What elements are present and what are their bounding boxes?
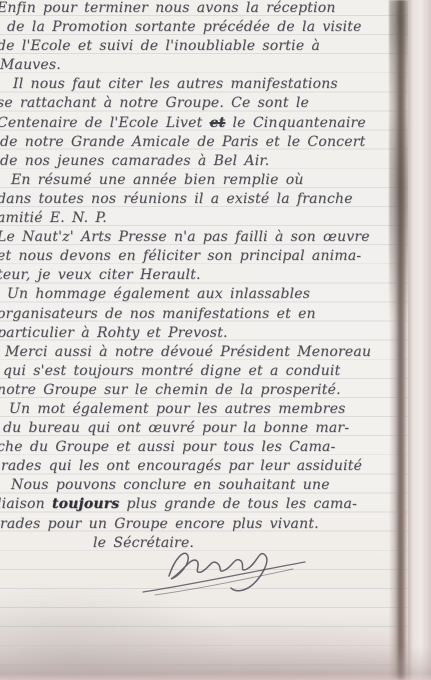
manuscript-line: de l'Ecole et suivi de l'inoubliable sor…: [0, 37, 407, 56]
manuscript-line: particulier à Rohty et Prevost.: [0, 324, 407, 343]
manuscript-segment: le Cinquantenaire: [225, 115, 366, 131]
manuscript-line: et nous devons en féliciter son principa…: [0, 247, 407, 266]
manuscript-segment: En résumé une année bien remplie où: [11, 172, 304, 188]
manuscript-segment: che du Groupe et aussi pour tous les Cam…: [0, 439, 336, 455]
manuscript-line: Le Naut'z' Arts Presse n'a pas failli à …: [0, 228, 407, 247]
manuscript-segment: Mauves.: [0, 57, 61, 73]
manuscript-segment: du bureau qui ont œuvré pour la bonne ma…: [3, 420, 349, 436]
manuscript-segment: Le Naut'z' Arts Presse n'a pas failli à …: [0, 229, 370, 245]
manuscript-segment: Il nous faut citer les autres manifestat…: [13, 76, 338, 92]
scanned-manuscript-page: Enfin pour terminer nous avons la récept…: [0, 0, 431, 680]
manuscript-segment: Nous pouvons conclure en souhaitant une: [11, 477, 330, 493]
manuscript-segment: plus grande de tous les cama-: [119, 496, 357, 512]
adjacent-page-edge: [408, 0, 431, 680]
manuscript-line: organisateurs de nos manifestations et e…: [0, 305, 407, 324]
manuscript-line: notre Groupe sur le chemin de la prosper…: [0, 381, 407, 400]
manuscript-line: du bureau qui ont œuvré pour la bonne ma…: [0, 419, 407, 438]
manuscript-segment: Merci aussi à notre dévoué Président Men…: [5, 344, 371, 360]
manuscript-segment: liaison: [0, 496, 52, 512]
manuscript-segment: organisateurs de nos manifestations et e…: [0, 306, 316, 322]
manuscript-line: En résumé une année bien remplie où: [0, 171, 407, 190]
manuscript-line: Un mot également pour les autres membres: [0, 400, 407, 419]
scan-bottom-shadow: [0, 646, 431, 680]
manuscript-line: Un hommage également aux inlassables: [0, 285, 407, 304]
manuscript-line: de notre Grande Amicale de Paris et le C…: [0, 133, 407, 152]
manuscript-segment: notre Groupe sur le chemin de la prosper…: [0, 382, 341, 398]
manuscript-line: qui s'est toujours montré digne et a con…: [0, 362, 407, 381]
manuscript-segment: Un hommage également aux inlassables: [7, 286, 310, 302]
manuscript-segment: Un mot également pour les autres membres: [9, 401, 346, 417]
manuscript-segment: se rattachant à notre Groupe. Ce sont le: [0, 95, 309, 111]
manuscript-segment: et: [210, 115, 226, 131]
manuscript-segment: teur, je veux citer Herault.: [0, 267, 201, 283]
manuscript-line: se rattachant à notre Groupe. Ce sont le: [0, 94, 407, 113]
manuscript-line: liaison toujours plus grande de tous les…: [0, 495, 407, 514]
signature-scribble: [135, 540, 315, 598]
manuscript-segment: dans toutes nos réunions il a existé la …: [0, 191, 353, 207]
manuscript-segment: Centenaire de l'Ecole Livet: [0, 115, 210, 131]
manuscript-segment: de notre Grande Amicale de Paris et le C…: [0, 134, 365, 150]
page-gutter-shadow: [389, 0, 410, 680]
manuscript-segment: qui s'est toujours montré digne et a con…: [3, 363, 340, 379]
manuscript-line: Mauves.: [0, 56, 407, 75]
manuscript-line: Centenaire de l'Ecole Livet et le Cinqua…: [0, 114, 407, 133]
manuscript-segment: particulier à Rohty et Prevost.: [0, 325, 228, 341]
manuscript-segment: et nous devons en féliciter son principa…: [0, 248, 361, 264]
manuscript-segment: rades pour un Groupe encore plus vivant.: [0, 516, 319, 532]
manuscript-line: Il nous faut citer les autres manifestat…: [0, 75, 407, 94]
manuscript-segment: amitié E. N. P.: [0, 210, 107, 226]
manuscript-segment: de la Promotion sortante précédée de la …: [7, 19, 362, 35]
manuscript-line: de nos jeunes camarades à Bel Air.: [0, 152, 407, 171]
manuscript-line: rades qui les ont encouragés par leur as…: [0, 457, 407, 476]
manuscript-line: teur, je veux citer Herault.: [0, 266, 407, 285]
manuscript-line: rades pour un Groupe encore plus vivant.: [0, 515, 407, 534]
manuscript-line: Merci aussi à notre dévoué Président Men…: [0, 343, 407, 362]
manuscript-text: Enfin pour terminer nous avons la récept…: [0, 0, 407, 553]
manuscript-line: Enfin pour terminer nous avons la récept…: [0, 0, 407, 18]
manuscript-segment: Enfin pour terminer nous avons la récept…: [0, 0, 336, 16]
manuscript-segment: rades qui les ont encouragés par leur as…: [1, 458, 362, 474]
manuscript-line: Nous pouvons conclure en souhaitant une: [0, 476, 407, 495]
manuscript-line: dans toutes nos réunions il a existé la …: [0, 190, 407, 209]
manuscript-line: de la Promotion sortante précédée de la …: [0, 18, 407, 37]
manuscript-segment: de nos jeunes camarades à Bel Air.: [0, 153, 269, 169]
manuscript-line: amitié E. N. P.: [0, 209, 407, 228]
manuscript-segment: toujours: [52, 496, 119, 512]
manuscript-segment: de l'Ecole et suivi de l'inoubliable sor…: [0, 38, 320, 54]
manuscript-line: che du Groupe et aussi pour tous les Cam…: [0, 438, 407, 457]
